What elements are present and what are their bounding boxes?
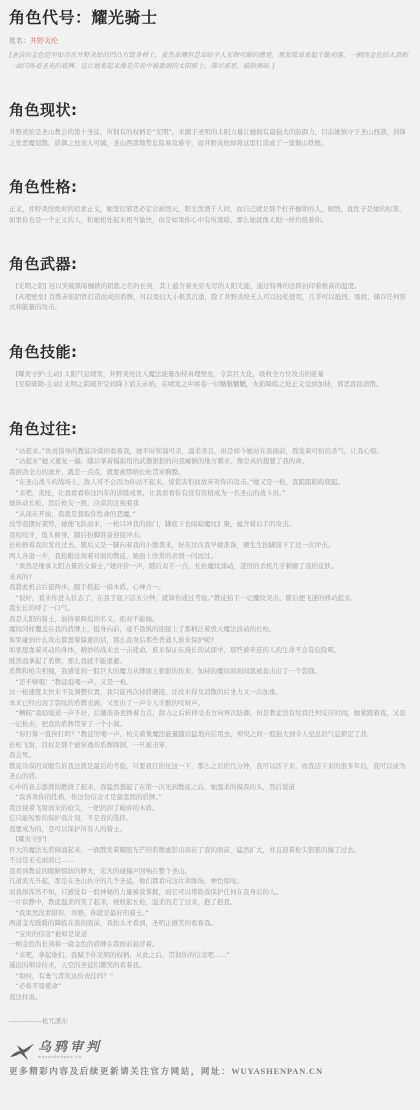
paragraph: 我会死。 — [9, 750, 411, 761]
paragraph: 如果想靠着灵动的身体，精妙的战术去一击毙命，谁来保证在漫长的试探中，那些被牵连的… — [9, 645, 411, 656]
section-body: 正义，井野炎纶绝对的追求正义，她坚信邪恶必定会被毁灭，阳光泼洒于人间，而自己就是… — [9, 204, 411, 225]
section-heading: 角色现状: — [9, 101, 411, 119]
paragraph: [耀炎守护] — [9, 834, 411, 845]
paragraph: [至暗破除-主动] 光明之钥破开空间降下滔天赤焰，在喷发之中席卷一切魑魅魍魉，火… — [9, 379, 411, 390]
paragraph: “很好，看来你进入状态了，在我手底下活五分钟，就算你通过考验。”教徒抬手一记魔纹… — [9, 593, 411, 604]
paragraph: “来吧，拿起他们，我赋予你光明的权柄，从此之后，贯彻你的信念吧......” — [9, 950, 411, 961]
logo-subtext: wuyashenpan.cn — [38, 1054, 102, 1060]
paragraph: [真理壁垒] 百炼赤焰阴铁打造而成的盾牌，可以变幻大小极其沉重，除了井野炎纶无人… — [9, 292, 411, 313]
paragraph: 长枪擦着我的发丝过去，随后又是一脚向着我的小腹袭来，好在这次我早做准备，硬生生抬… — [9, 540, 411, 551]
paragraph: 一柄金色的长剑和一扇金色的盾牌在我面前悬浮着。 — [9, 939, 411, 950]
paragraph: 长枪飞射，目标是那个被穿透的盾牌圆洞，一旦被击穿， — [9, 740, 411, 751]
author-signature: --------------松冗潘东 — [9, 1016, 411, 1027]
paragraph: [耀炎守护-主动] 太阳气息喷发，井野炎纶注入魔法能量加持真理壁垒，令其巨大化，… — [9, 369, 411, 380]
paragraph: 我这样说。 — [9, 992, 411, 1003]
paragraph: 不过是毛毛雨而已...... — [9, 855, 411, 866]
paragraph: 来真的? — [9, 572, 411, 583]
name-value: 井野炎纶 — [30, 37, 58, 45]
footer-note: 更多精彩内容及后续更新请关注官方网站，网址：WUYASHENPAN.CN — [9, 1066, 411, 1077]
sections-container: 角色现状: 井野炎纶是圣山教会的第十圣徒，所拥有的权柄是“光明”，来源于圣明的太… — [9, 101, 411, 1002]
paragraph: 一片寂静中，教徒温柔的笑了起来，她收起长枪，温柔的走了过来，抱了抱我。 — [9, 897, 411, 908]
footer-note-text: 更多精彩内容及后续更新请关注官方网站，网址： — [9, 1066, 231, 1076]
paragraph: “我喜欢你的性格，你这份信念才是最坚固的盾牌。” — [9, 792, 411, 803]
paragraph: “站起来。”负责指导的教徒冷漠的看着我，她平时和蔼可亲，温柔善良，但是如今她站在… — [9, 446, 411, 457]
section: 角色现状: 井野炎纶是圣山教会的第十圣徒，所拥有的权柄是“光明”，来源于圣明的太… — [9, 101, 411, 148]
crow-logo-icon — [9, 1043, 35, 1061]
paragraph: 我长长的呼了一口气。 — [9, 603, 411, 614]
paragraph: “站起来”她又重复一遍，随后拿着模拟用的武器狠狠的向我瘫倒的地方刺来，像是真的想… — [9, 456, 411, 467]
paragraph: 我趁此机会后退两步，随手抓起一扇木盾，心神合一。 — [9, 582, 411, 593]
paragraph: “宝贵的信念”祂如是说道 — [9, 929, 411, 940]
paragraph: 我看到教徒的眼睛惊骇的睁大，宏大的碰撞声回响在整个圣山。 — [9, 866, 411, 877]
paragraph: “还不够哦！”教徒低喝一声，又是一枪。 — [9, 677, 411, 688]
character-profile-document: 角色代号：耀光骑士 姓名：井野炎纶 [圣洁的金色铠甲贴合在井野炎纶的凹凸有致身材… — [0, 0, 420, 1110]
section-body: 井野炎纶是圣山教会的第十圣徒，所拥有的权柄是“光明”，来源于圣明的太阳力量让她拥… — [9, 127, 411, 148]
paragraph: [光明之钥] 冠以突破黑暗枷锁的钥匙之名的长剑，其上蕴含着无穷无尽的太阳光能，通… — [9, 281, 411, 292]
paragraph: 这一枪速度太快来不及调整位置，我只能再次持盾硬接，还没来得及消散的后坐力又一次加… — [9, 687, 411, 698]
paragraph: 本来已经出现了裂纹的盾牌表面，又发出了一声令人牙酸的吱呀声。 — [9, 698, 411, 709]
paragraph: “来吧，炎纶，让我看看你这四年的训练成果，让我看看你有没有资格成为一名圣山的战斗… — [9, 488, 411, 499]
paragraph: 遥远的唱诗传来，天空的圣徒们微笑的看着我。 — [9, 960, 411, 971]
section: 角色技能: [耀炎守护-主动] 太阳气息喷发，井野炎纶注入魔法能量加持真理壁垒，… — [9, 343, 411, 390]
section-heading: 角色技能: — [9, 343, 411, 361]
paragraph: “你打算一直挨打吗？”教徒厉喝一声，枪尖蓄集魔法能量随后猛地向后甩去，须臾之间一… — [9, 729, 411, 740]
section: 角色武器: [光明之钥] 冠以突破黑暗枷锁的钥匙之名的长剑，其上蕴含着无穷无尽的… — [9, 255, 411, 313]
paragraph: 几道流光升起，那是在圣山执守的几个圣徒，他们都看向这片训练场，神色惊叹。 — [9, 876, 411, 887]
name-line: 姓名：井野炎纶 — [9, 36, 411, 46]
logo-row: 乌鸦审判 wuyashenpan.cn — [9, 1040, 411, 1061]
section-body: [光明之钥] 冠以突破黑暗枷锁的钥匙之名的长剑，其上蕴含着无穷无尽的太阳光能，通… — [9, 281, 411, 313]
paragraph: 既然我拿起了盾牌，那么我就不能退避。 — [9, 656, 411, 667]
paragraph: 心中的意志澎湃的燃烧了起来，我猛然想起了在第一次见到教徒之后，她温柔的摸我的头，… — [9, 782, 411, 793]
section: 角色过往: “站起来。”负责指导的教徒冷漠的看着我，她平时和蔼可亲，温柔善良，但… — [9, 420, 411, 1003]
paragraph: 我是太阳的骑士，加持着辉煌的名义，绝对不能输。 — [9, 614, 411, 625]
paragraph: 井野炎纶是圣山教会的第十圣徒，所拥有的权柄是“光明”，来源于圣明的太阳力量让她拥… — [9, 127, 411, 148]
logo-text-block: 乌鸦审判 wuyashenpan.cn — [38, 1040, 102, 1060]
section-heading: 角色性格: — [9, 178, 411, 196]
section-body: “站起来。”负责指导的教徒冷漠的看着我，她平时和蔼可亲，温柔善良，但是如今她站在… — [9, 446, 411, 1003]
paragraph: 两人各退一步，我抬眼注视着对面的教徒，她面上欣赏的表情一闪而过。 — [9, 551, 411, 562]
paragraph: “糟糕”我暗暗道一声不好，后腿准备更换着力点，卸力之后转移受击方向再次防御，但是… — [9, 708, 411, 729]
paragraph: 我注视着飞射而来的枪尖，一把扔掉了破碎的木盾。 — [9, 803, 411, 814]
paragraph: “如何，有勇气背负这份责任吗？” — [9, 971, 411, 982]
paragraph: 如果碰到什么攻击都想着躲避的话，那么我身后那些普通人谁来保护呢? — [9, 635, 411, 646]
paragraph: 盾牌和枪尖相撞，我感觉到一股巨大的魔力从牌面上狠狠的传来，加持的魔纹顷刻间就被轰… — [9, 666, 411, 677]
page-title: 角色代号：耀光骑士 — [9, 8, 411, 28]
paragraph: 正义，井野炎纶绝对的追求正义，她坚信邪恶必定会被毁灭，阳光泼洒于人间，而自己就是… — [9, 204, 411, 225]
section-heading: 角色过往: — [9, 420, 411, 438]
paragraph: 我要成为的，是可以保护所有人的骑士。 — [9, 824, 411, 835]
footer: 乌鸦审判 wuyashenpan.cn 更多精彩内容及后续更新请关注官方网站，网… — [9, 1040, 411, 1077]
paragraph: 没等我摆好架势，她便飞跃而来，一枪只冲我的面门，脚底下也暗暗魔纹汇聚，蕴含着后手… — [9, 519, 411, 530]
name-label: 姓名： — [9, 37, 30, 45]
section-body: [耀炎守护-主动] 太阳气息喷发，井野炎纶注入魔法能量加持真理壁垒，令其巨大化，… — [9, 369, 411, 390]
paragraph: “从现在开始，我就是想取你性命的恶魔。” — [9, 509, 411, 520]
paragraph: “我果然没看错你，井野，你就是最好的骑士。” — [9, 908, 411, 919]
section-heading: 角色武器: — [9, 255, 411, 273]
section: 角色性格: 正义，井野炎纶绝对的追求正义，她坚信邪恶必定会被毁灭，阳光泼洒于人间… — [9, 178, 411, 225]
paragraph: 巨大的魔法光盾倾涌起来，一面散发着耀眼光芒的盾牌虚影出现在了我的面前，猛然扩大，… — [9, 845, 411, 856]
paragraph: 魔纹同样覆盖在我的盾牌上，挺身向前，毫不畏惧的迎接上了那柄泛着毁天魔法波动的长枪… — [9, 624, 411, 635]
paragraph: “果然是继承太阳力量的女骑士，”她评价一声，随后双手一合，长枪魔纹涌动，凌厉的杀… — [9, 561, 411, 572]
site-url: WUYASHENPAN.CN — [231, 1066, 323, 1076]
logo-text: 乌鸦审判 — [38, 1040, 102, 1054]
appearance-description: [圣洁的金色铠甲贴合在井野炎纶的凹凸有致身材上，虽然单薄但是却给予人无物可摧的感… — [9, 50, 411, 71]
paragraph: 教徒冷漠的双眼告诉我这就是最后的考验，只要我扛的住这一下，那么之后的几分钟，我可… — [9, 761, 411, 782]
paragraph: 它只能短暂的保护我片刻，不是我的选择。 — [9, 813, 411, 824]
paragraph: “在圣山战斗的战场上，敌人可不会因为你站不起来，惊慌害怕而放弃对你的攻击。”她又… — [9, 477, 411, 488]
paragraph: 她转动长枪，然后枪尖一挑，冷漠的注视着我 — [9, 498, 411, 509]
paragraph: 我拼劲全力的滚开，就差一点点，就要被那柄长枪贯穿胸膛。 — [9, 467, 411, 478]
paragraph: 而我却浑然不知，只感觉有一股神秘的力量被我掌握，而它可以帮助我保护任何在我身后的… — [9, 887, 411, 898]
paragraph: 两道金光暖暖的降临在我的面前，我抬头才看到，圣明正微笑的看着我。 — [9, 918, 411, 929]
paragraph: “必将不辱使命” — [9, 981, 411, 992]
paragraph: 我咬咬牙，低头俯身，随后抬脚准备迎接冲击。 — [9, 530, 411, 541]
